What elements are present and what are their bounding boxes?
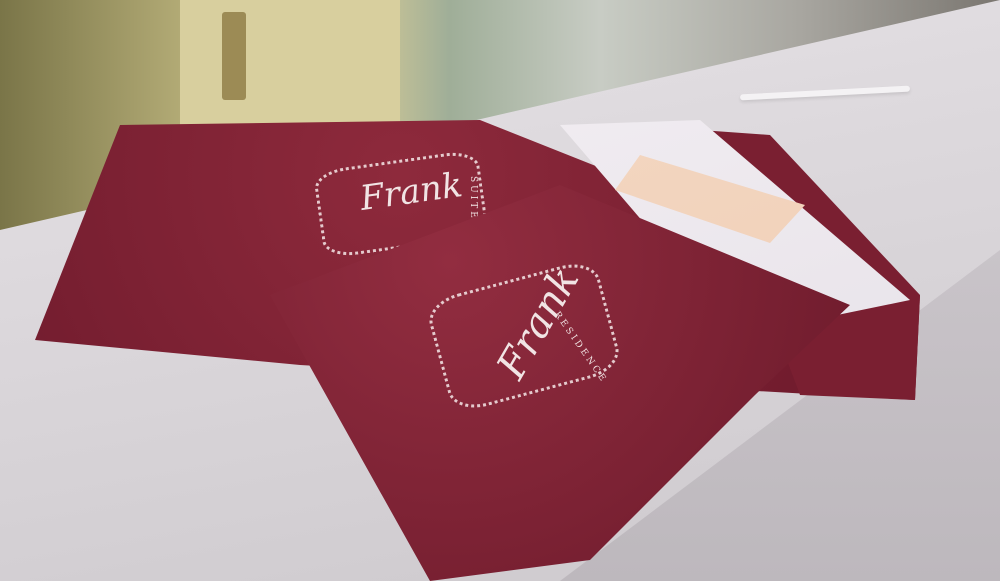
door-handle: [222, 12, 246, 100]
